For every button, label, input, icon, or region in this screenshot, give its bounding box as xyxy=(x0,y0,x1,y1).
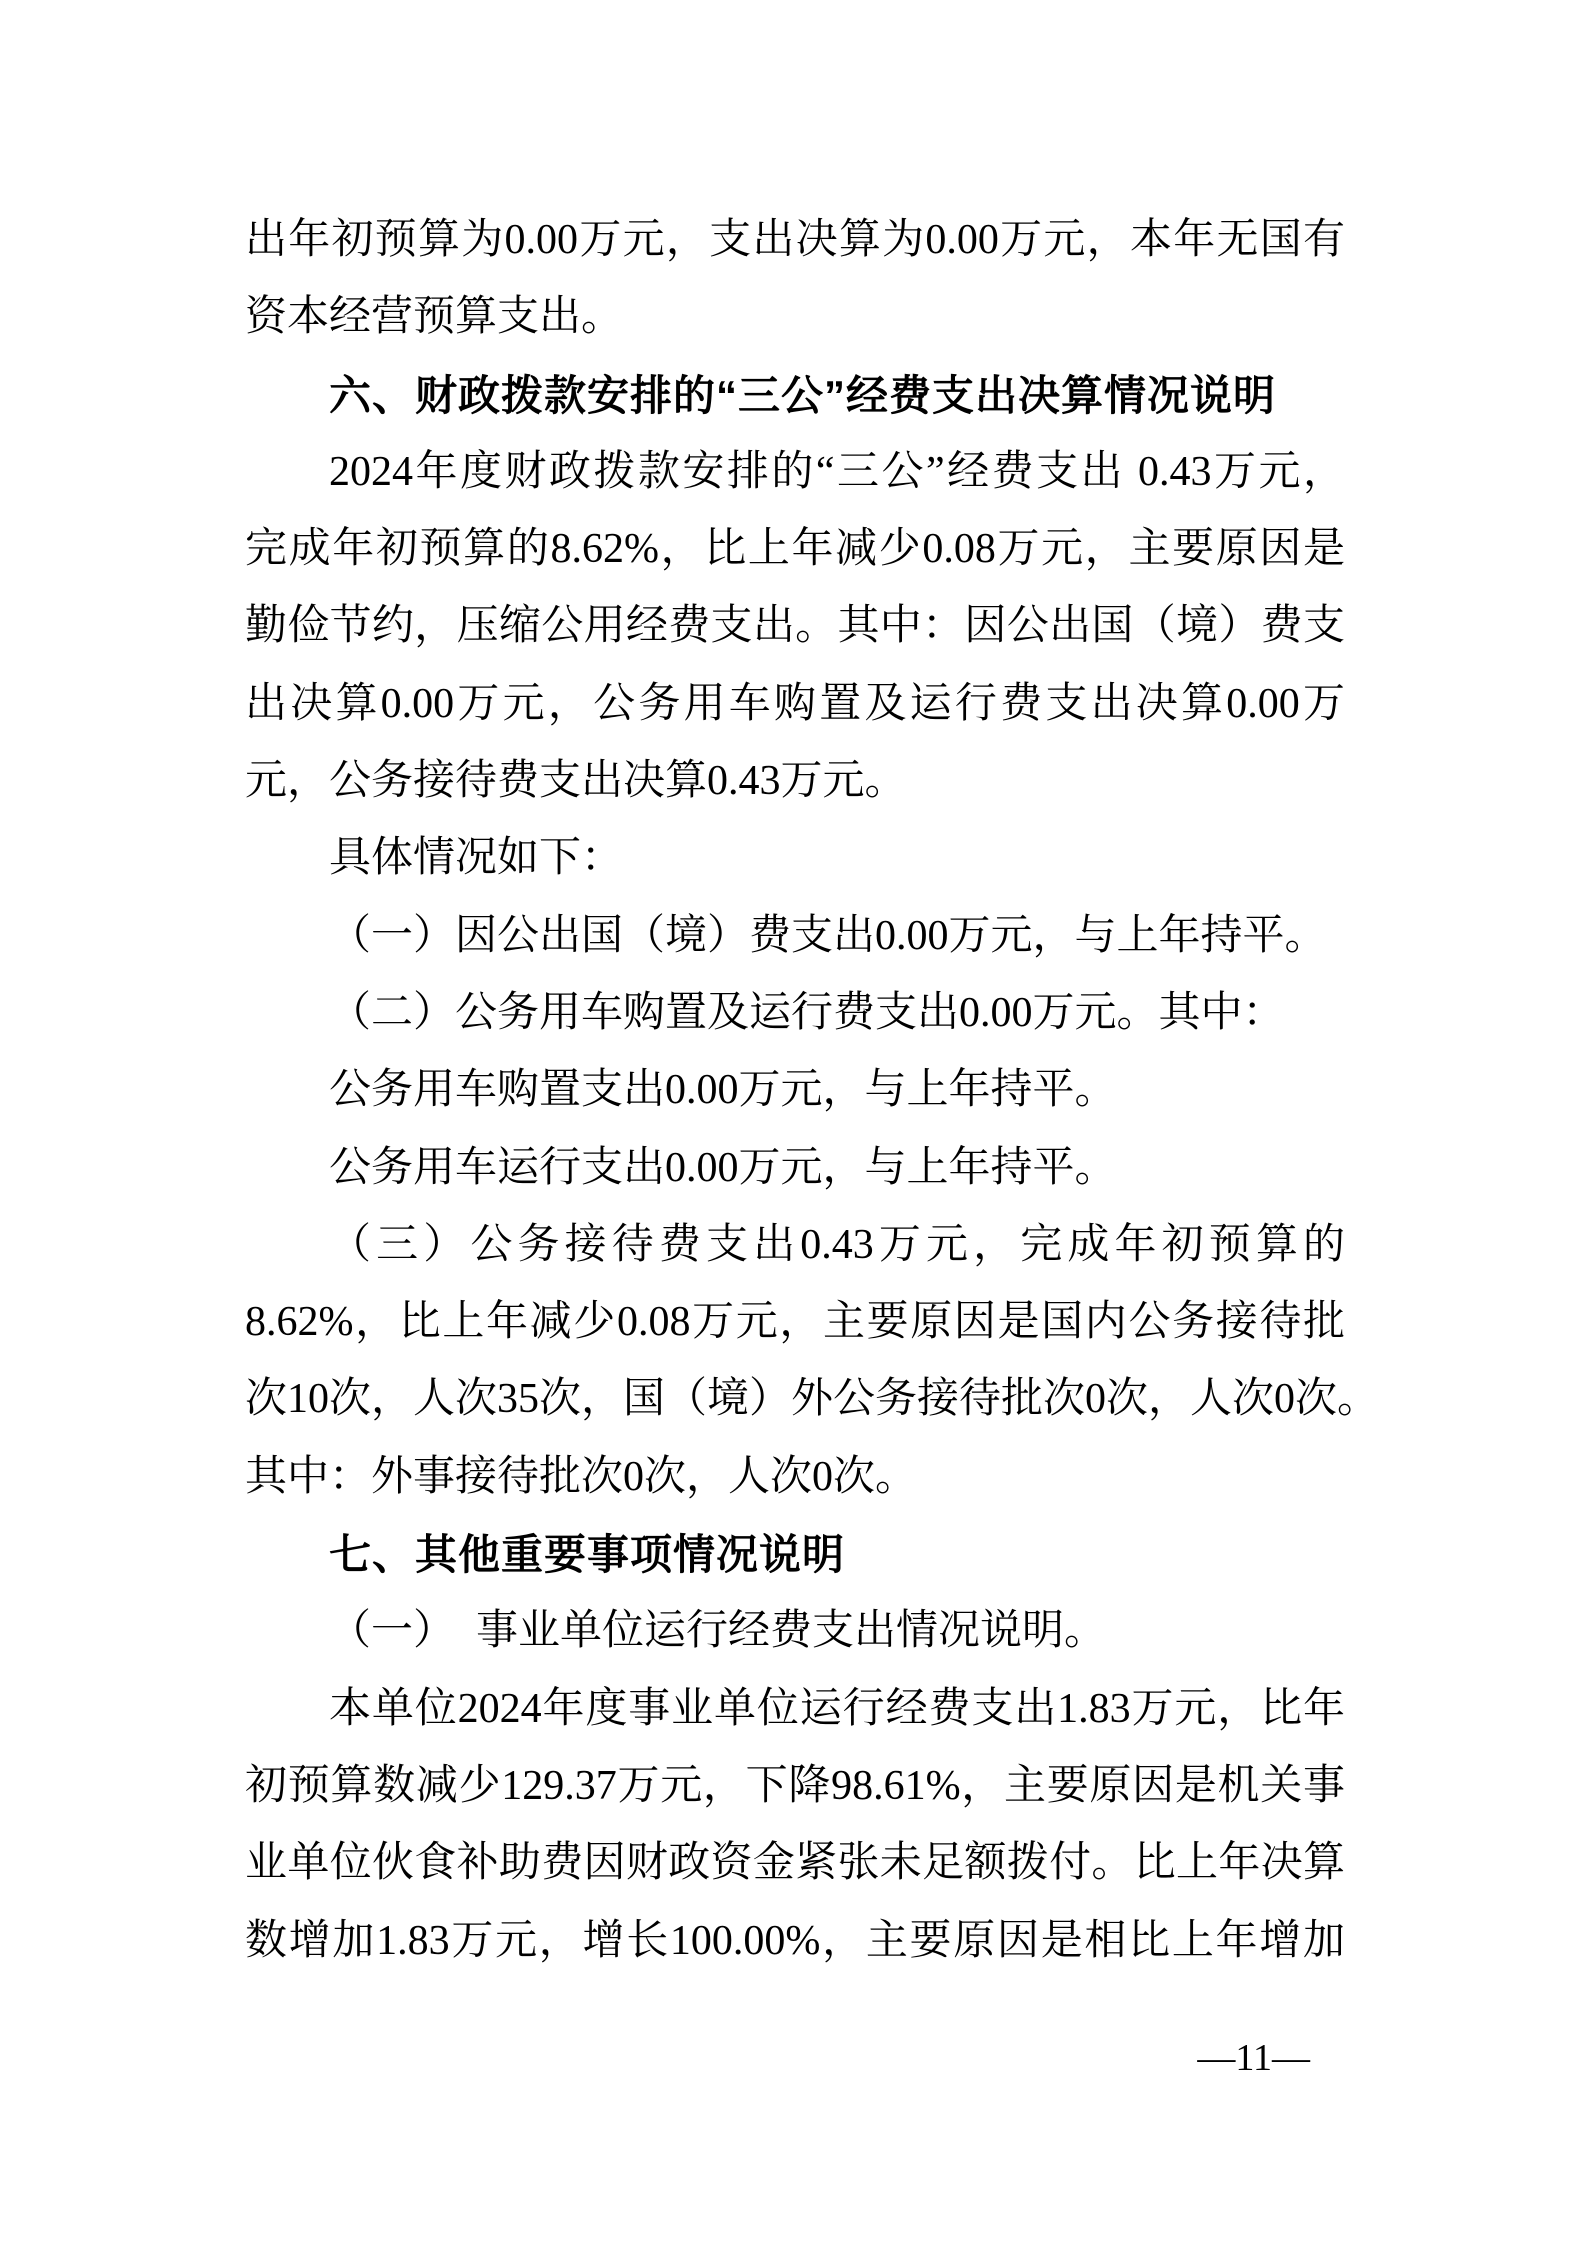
text-line: （三）公务接待费支出0.43万元，完成年初预算的 xyxy=(245,1207,1345,1284)
text-line: 8.62%，比上年减少0.08万元，主要原因是国内公务接待批 xyxy=(245,1284,1345,1361)
heading-line: 七、其他重要事项情况说明 xyxy=(245,1516,1345,1593)
text-line: 初预算数减少129.37万元，下降98.61%，主要原因是机关事 xyxy=(245,1748,1345,1825)
text-line: 具体情况如下： xyxy=(245,820,1345,897)
document-page: 出年初预算为0.00万元，支出决算为0.00万元，本年无国有资本经营预算支出。六… xyxy=(0,0,1587,2245)
text-line: 勤俭节约，压缩公用经费支出。其中：因公出国（境）费支 xyxy=(245,588,1345,665)
text-line: 资本经营预算支出。 xyxy=(245,279,1345,356)
text-line: 数增加1.83万元，增长100.00%，主要原因是相比上年增加 xyxy=(245,1903,1345,1980)
text-line: 公务用车购置支出0.00万元，与上年持平。 xyxy=(245,1052,1345,1129)
text-line: 公务用车运行支出0.00万元，与上年持平。 xyxy=(245,1130,1345,1207)
text-line: （一） 事业单位运行经费支出情况说明。 xyxy=(245,1593,1345,1670)
text-line: 次10次，人次35次，国（境）外公务接待批次0次，人次0次。 xyxy=(245,1361,1345,1438)
page-number: —11— xyxy=(1197,2036,1310,2080)
text-line: 2024年度财政拨款安排的“三公”经费支出 0.43万元， xyxy=(245,434,1345,511)
text-line: 元，公务接待费支出决算0.43万元。 xyxy=(245,743,1345,820)
text-line: 业单位伙食补助费因财政资金紧张未足额拨付。比上年决算 xyxy=(245,1825,1345,1902)
text-line: 出年初预算为0.00万元，支出决算为0.00万元，本年无国有 xyxy=(245,202,1345,279)
text-line: （一）因公出国（境）费支出0.00万元，与上年持平。 xyxy=(245,898,1345,975)
text-line: 出决算0.00万元，公务用车购置及运行费支出决算0.00万 xyxy=(245,666,1345,743)
heading-line: 六、财政拨款安排的“三公”经费支出决算情况说明 xyxy=(245,357,1345,434)
document-body: 出年初预算为0.00万元，支出决算为0.00万元，本年无国有资本经营预算支出。六… xyxy=(245,202,1345,1980)
text-line: （二）公务用车购置及运行费支出0.00万元。其中： xyxy=(245,975,1345,1052)
text-line: 本单位2024年度事业单位运行经费支出1.83万元，比年 xyxy=(245,1671,1345,1748)
text-line: 完成年初预算的8.62%，比上年减少0.08万元，主要原因是 xyxy=(245,511,1345,588)
text-line: 其中：外事接待批次0次，人次0次。 xyxy=(245,1439,1345,1516)
